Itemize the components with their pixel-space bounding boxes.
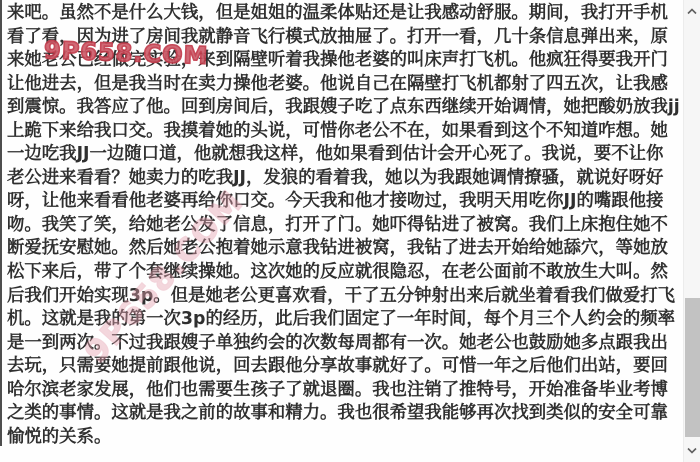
text-line: 之类的事情。这就是我之前的故事和精力。我也很希望我能够再次找到类似的安全可靠	[7, 402, 679, 426]
text-line: 一边吃我JJ一边随口道，他就想我这样，他如果看到估计会开心死了。我说，要不让你	[7, 143, 679, 167]
text-line: 去玩，只需要她提前跟他说，回去跟他分享故事就好了。可惜一年之后他们出站，要回	[7, 355, 679, 379]
text-line: 哈尔滨老家发展，他们也需要生孩子了就退圈。我也注销了推特号，开始准备毕业考博	[7, 379, 679, 403]
text-line: 断爱抚安慰她。然后她老公抱着她示意我钻进被窝，我钻了进去开始给她舔穴，等她放	[7, 237, 679, 261]
window-left-edge	[0, 0, 2, 446]
text-line: 上跪下来给我口交。我摸着她的头说，可惜你老公不在，如果看到这个不知道咋想。她	[7, 120, 679, 144]
text-line: 吻。我笑了笑，给她老公发了信息，打开了门。她吓得钻进了被窝。我们上床抱住她不	[7, 214, 679, 238]
text-line: 后我们开始实现3p。但是她老公更喜欢看，干了五分钟射出来后就坐着看我们做爱打飞	[7, 285, 679, 309]
document-view: 来吧。虽然不是什么大钱，但是姐姐的温柔体贴还是让我感动舒服。期间，我打开手机 看…	[0, 0, 700, 462]
text-line: 看了看，因为进了房间我就静音飞行模式放抽屉了。打开一看，几十条信息弹出来，原	[7, 26, 679, 50]
text-line: 机。这就是我的第一次3p的经历，此后我们固定了一年时间，每个月三个人约会的频率	[7, 308, 679, 332]
text-line: 来她老公已经做完实验，来到隔壁听着我操他老婆的叫床声打飞机。他疯狂得要我开门	[7, 49, 679, 73]
scrollbar-thumb[interactable]	[685, 298, 700, 437]
paragraph-text: 来吧。虽然不是什么大钱，但是姐姐的温柔体贴还是让我感动舒服。期间，我打开手机 看…	[7, 2, 679, 449]
scroll-up-button[interactable]	[684, 3, 700, 19]
text-line: 老公进来看看？她卖力的吃我JJ，发狼的看着我，她以为我跟她调情撩骚，就说好呀好	[7, 167, 679, 191]
text-line: 愉悦的关系。	[7, 426, 679, 450]
chevron-down-icon	[687, 447, 697, 454]
text-line: 松下来后，带了个套继续操她。这次她的反应就很隐忍，在老公面前不敢放生大叫。然	[7, 261, 679, 285]
vertical-scrollbar[interactable]	[683, 0, 700, 462]
text-line: 让他进去，但是我当时在卖力操他老婆。他说自己在隔壁打飞机都射了四五次，让我感	[7, 73, 679, 97]
text-line: 来吧。虽然不是什么大钱，但是姐姐的温柔体贴还是让我感动舒服。期间，我打开手机	[7, 2, 679, 26]
scroll-down-button[interactable]	[684, 442, 700, 458]
text-line: 呀，让他来看看他老婆再给你口交。今天我和他才接吻过，我明天用吃你JJ的嘴跟他接	[7, 190, 679, 214]
chevron-up-icon	[687, 8, 697, 15]
text-line: 到震惊。我答应了他。回到房间后，我跟嫂子吃了点东西继续开始调情，她把酸奶放我jj	[7, 96, 679, 120]
text-line: 是一到两次。不过我跟嫂子单独约会的次数每周都有一次。她老公也鼓励她多点跟我出	[7, 332, 679, 356]
